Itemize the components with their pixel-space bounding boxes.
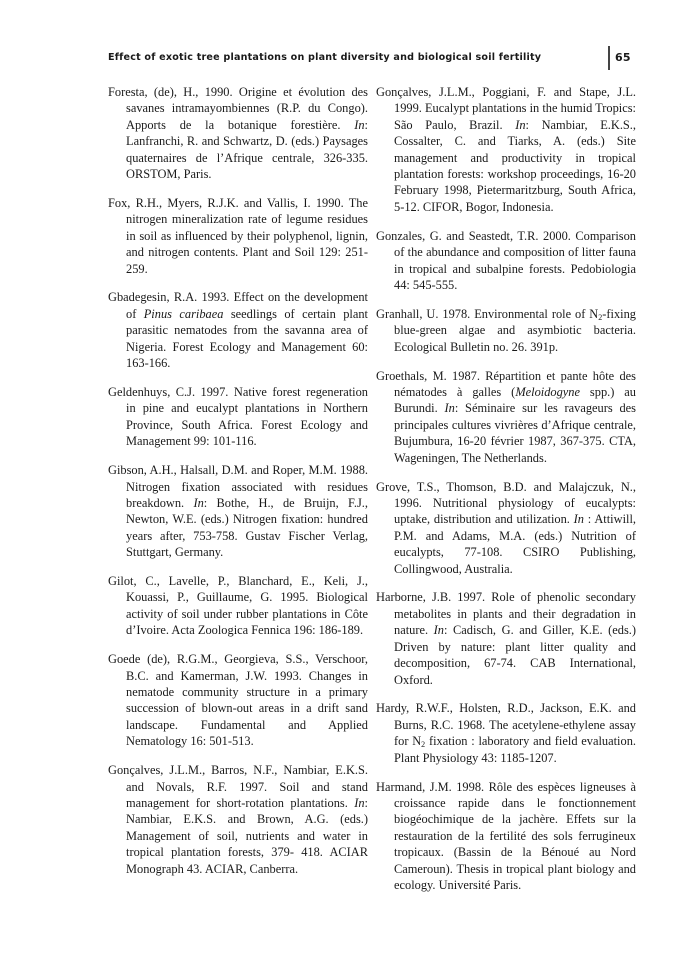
reference-entry: Gonzales, G. and Seastedt, T.R. 2000. Co… <box>376 228 636 294</box>
reference-entry: Gbadegesin, R.A. 1993. Effect on the dev… <box>108 289 368 371</box>
header-divider <box>608 46 610 70</box>
references-right-column: Gonçalves, J.L.M., Poggiani, F. and Stap… <box>376 84 636 906</box>
reference-entry: Groethals, M. 1987. Répartition et pante… <box>376 368 636 466</box>
reference-entry: Geldenhuys, C.J. 1997. Native forest reg… <box>108 384 368 450</box>
reference-entry: Grove, T.S., Thomson, B.D. and Malajczuk… <box>376 479 636 577</box>
running-header: Effect of exotic tree plantations on pla… <box>108 46 648 68</box>
references-left-column: Foresta, (de), H., 1990. Origine et évol… <box>108 84 368 889</box>
reference-entry: Gonçalves, J.L.M., Poggiani, F. and Stap… <box>376 84 636 215</box>
reference-entry: Fox, R.H., Myers, R.J.K. and Vallis, I. … <box>108 195 368 277</box>
reference-entry: Foresta, (de), H., 1990. Origine et évol… <box>108 84 368 182</box>
reference-entry: Gilot, C., Lavelle, P., Blanchard, E., K… <box>108 573 368 639</box>
reference-entry: Gonçalves, J.L.M., Barros, N.F., Nambiar… <box>108 762 368 877</box>
page-number: 65 <box>615 51 631 64</box>
reference-entry: Gibson, A.H., Halsall, D.M. and Roper, M… <box>108 462 368 560</box>
reference-entry: Granhall, U. 1978. Environmental role of… <box>376 306 636 355</box>
reference-entry: Hardy, R.W.F., Holsten, R.D., Jackson, E… <box>376 700 636 766</box>
reference-entry: Harborne, J.B. 1997. Role of phenolic se… <box>376 589 636 687</box>
reference-entry: Goede (de), R.G.M., Georgieva, S.S., Ver… <box>108 651 368 749</box>
running-title: Effect of exotic tree plantations on pla… <box>108 52 541 63</box>
reference-entry: Harmand, J.M. 1998. Rôle des espèces lig… <box>376 779 636 894</box>
